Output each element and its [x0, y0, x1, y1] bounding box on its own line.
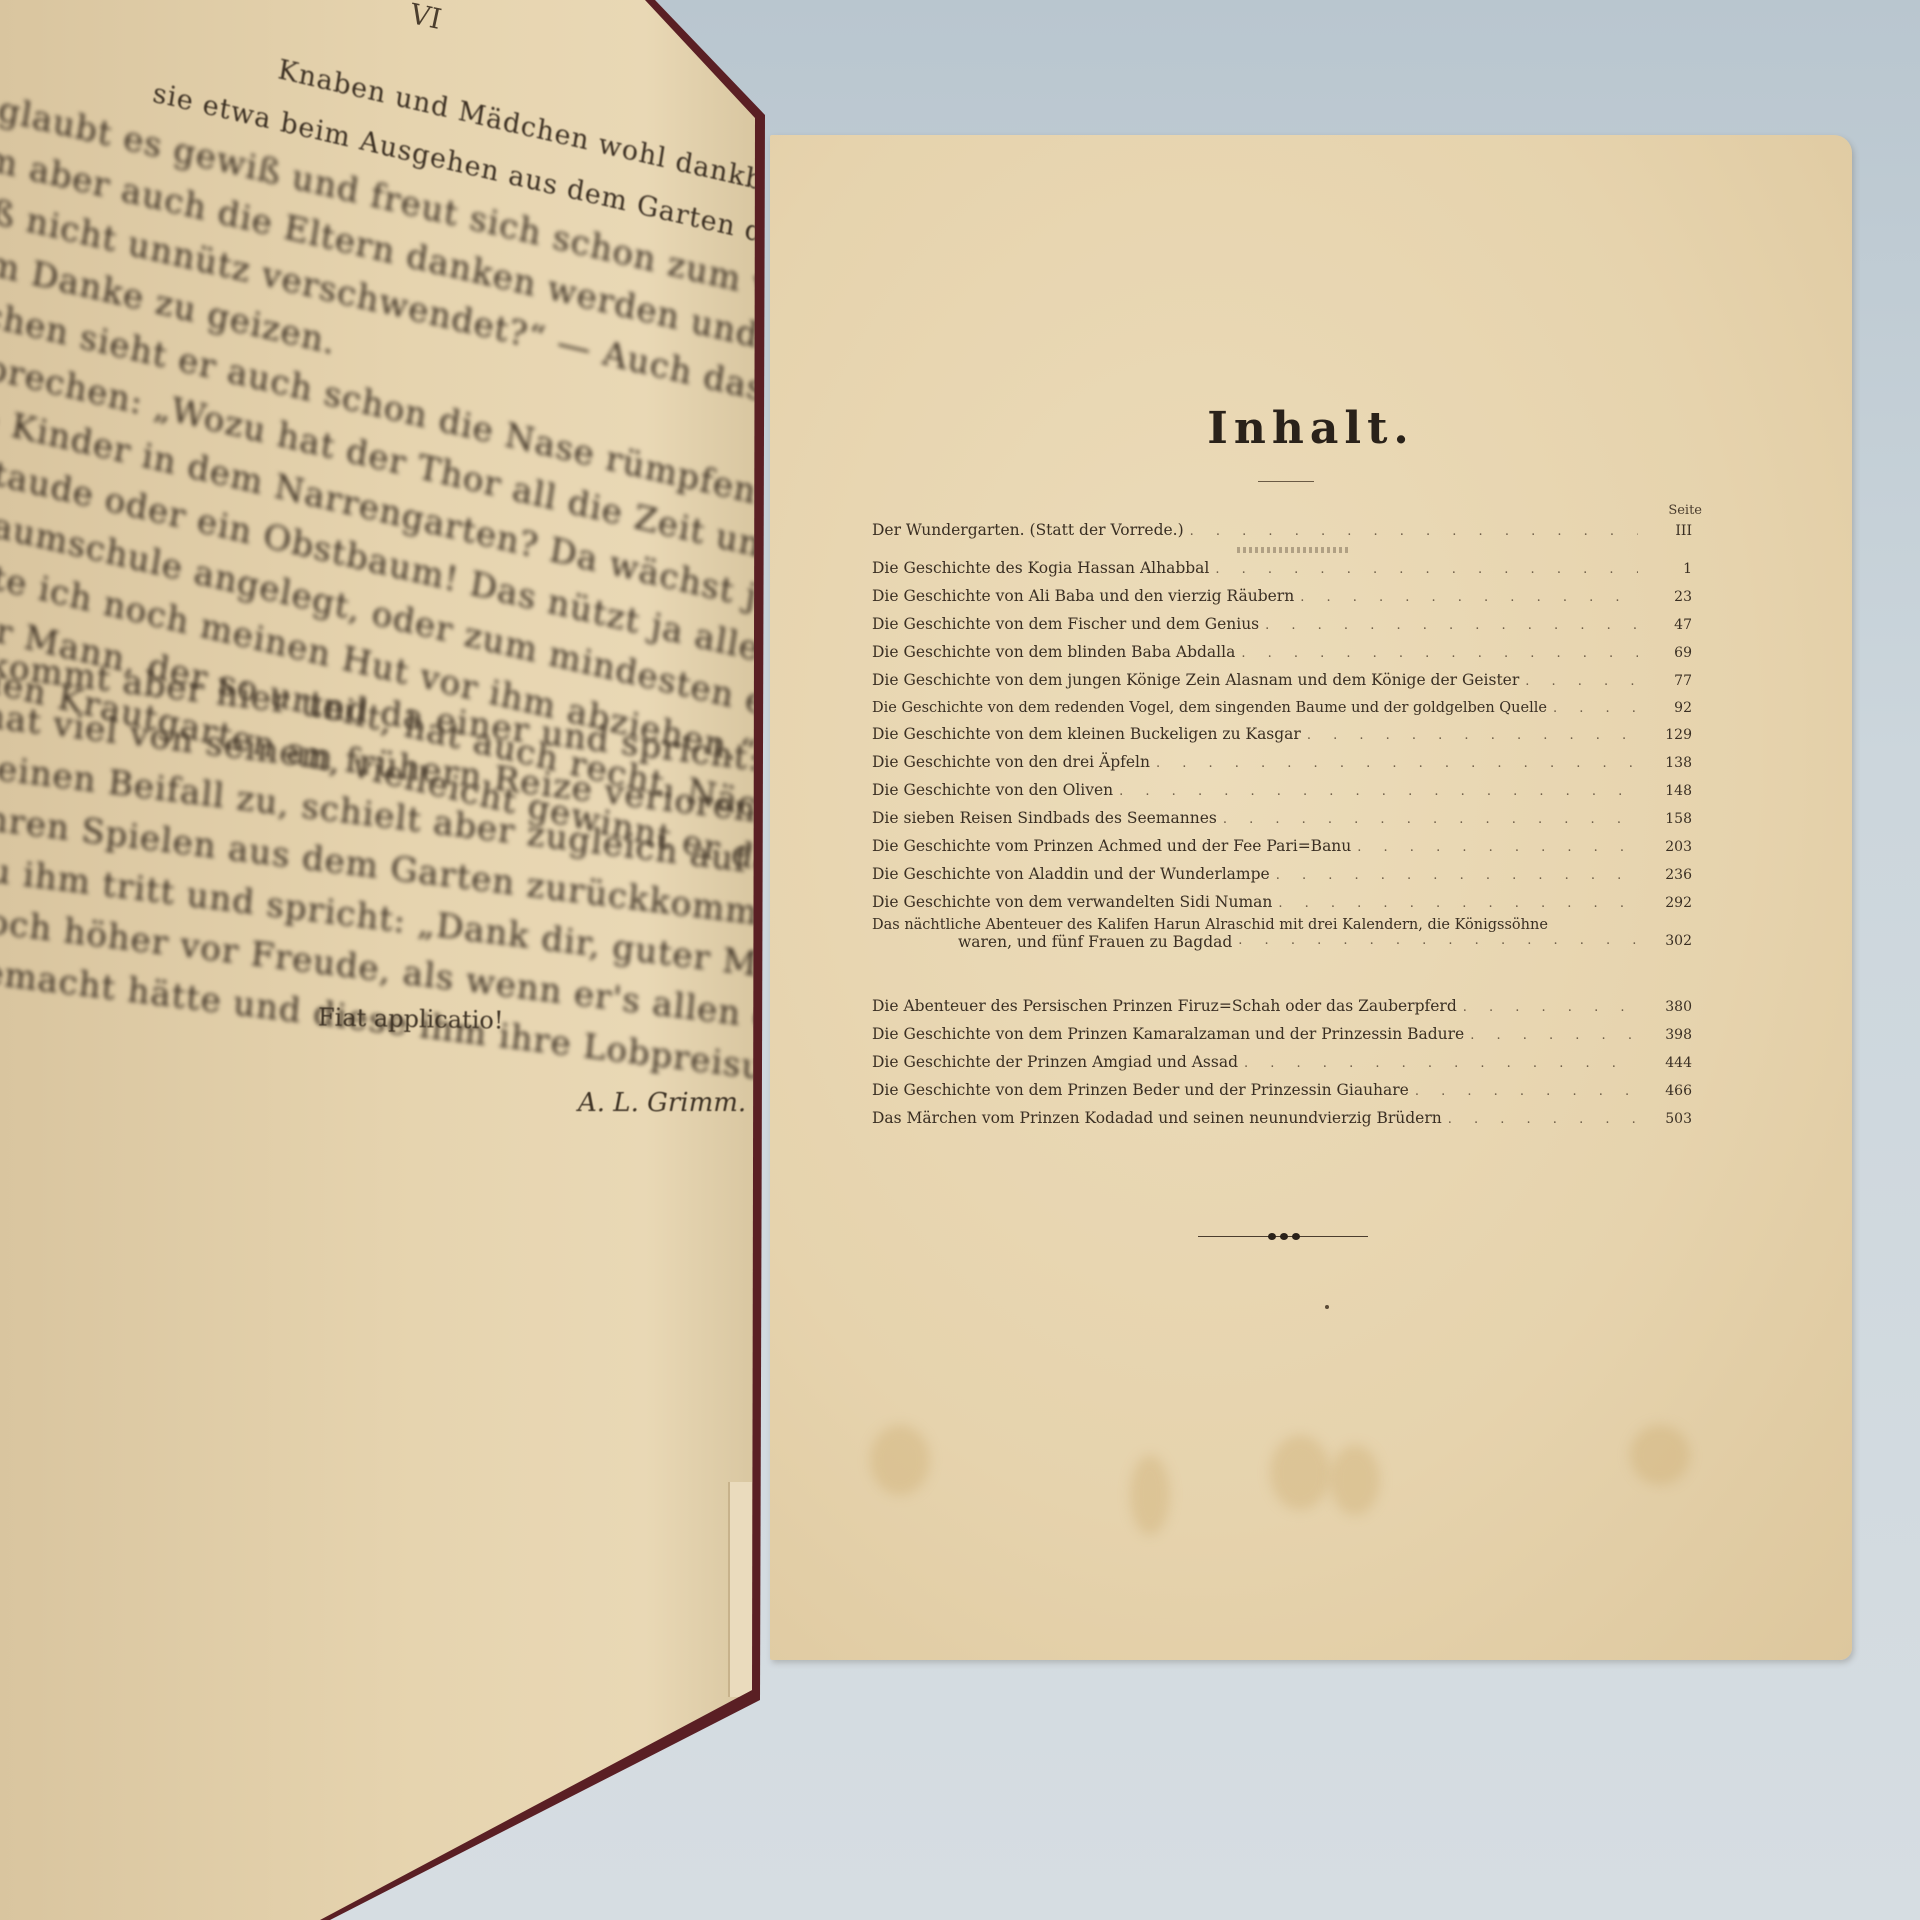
- toc-entry-page: 138: [1644, 755, 1692, 771]
- leader-dots: . . . . . . . . . . . . . . . . . . . . …: [1265, 618, 1638, 633]
- leader-dots: . . . . . . . . . . . . . . . . . . . . …: [1357, 840, 1638, 855]
- toc-entry[interactable]: Die Geschichte von den Oliven . . . . . …: [872, 777, 1692, 799]
- toc-entry-page: 380: [1644, 999, 1692, 1015]
- title-rule: [1258, 481, 1314, 482]
- toc-entry-title: Die Geschichte vom Prinzen Achmed und de…: [872, 837, 1351, 855]
- toc-entry-page: III: [1644, 523, 1692, 539]
- toc-entry-title-cont: waren, und fünf Frauen zu Bagdad: [958, 933, 1232, 951]
- leader-dots: . . . . . . . . . . . . . . . . . . . . …: [1223, 812, 1638, 827]
- toc-entry-page: 503: [1644, 1111, 1692, 1127]
- toc-entry[interactable]: Die Geschichte von dem Prinzen Beder und…: [872, 1077, 1692, 1099]
- right-page: Inhalt. Seite Der Wundergarten. (Statt d…: [770, 135, 1852, 1660]
- toc-entry-page: 398: [1644, 1027, 1692, 1043]
- toc-entry[interactable]: Die Geschichte von dem redenden Vogel, d…: [872, 694, 1692, 716]
- toc-entry-title: Die Geschichte von den drei Äpfeln: [872, 753, 1150, 771]
- toc-entry-title: Die Geschichte von dem redenden Vogel, d…: [872, 700, 1547, 716]
- toc-entry-page: 466: [1644, 1083, 1692, 1099]
- toc-entry-page: 158: [1644, 811, 1692, 827]
- toc-entry-continuation: waren, und fünf Frauen zu Bagdad . . . .…: [872, 933, 1692, 951]
- toc-entry-title: Die Geschichte von den Oliven: [872, 781, 1113, 799]
- toc-entry-page: 203: [1644, 839, 1692, 855]
- toc-entry[interactable]: Der Wundergarten. (Statt der Vorrede.) .…: [872, 517, 1692, 539]
- toc-entry[interactable]: Die Geschichte von dem verwandelten Sidi…: [872, 889, 1692, 911]
- ornament-dot: [1292, 1233, 1300, 1240]
- page-tab-strip: [728, 1482, 752, 1697]
- toc-entry-title: Die Geschichte von Aladdin und der Wunde…: [872, 865, 1270, 883]
- toc-entry-page: 77: [1644, 673, 1692, 689]
- toc-entry-title: Die Geschichte von dem blinden Baba Abda…: [872, 643, 1235, 661]
- toc-entry-title: Das Märchen vom Prinzen Kodadad und sein…: [872, 1109, 1442, 1127]
- leader-dots: . . . . . . . . . . . . . . . . . . . . …: [1215, 562, 1638, 577]
- wavy-rule: [1237, 547, 1349, 553]
- toc-entry-page: 1: [1644, 561, 1692, 577]
- toc-entry[interactable]: Die sieben Reisen Sindbads des Seemannes…: [872, 805, 1692, 827]
- toc-entry-title: Die Geschichte von dem verwandelten Sidi…: [872, 893, 1272, 911]
- leader-dots: . . . . . . . . . . . . . . . . . . . . …: [1244, 1056, 1638, 1071]
- toc-entry[interactable]: Die Geschichte des Kogia Hassan Alhabbal…: [872, 555, 1692, 577]
- foxing-stain: [870, 1425, 930, 1495]
- toc-entry[interactable]: Die Geschichte von dem kleinen Buckelige…: [872, 721, 1692, 743]
- toc-entry-title: Die Geschichte von dem jungen Könige Zei…: [872, 671, 1519, 689]
- toc-entry[interactable]: Die Geschichte der Prinzen Amgiad und As…: [872, 1049, 1692, 1071]
- toc-entry-title: Die sieben Reisen Sindbads des Seemannes: [872, 809, 1217, 827]
- leader-dots: . . . . . . . . . . . . . . . . . . . . …: [1300, 590, 1638, 605]
- motto: Fiat applicatio!: [318, 1003, 504, 1034]
- toc-entry-page: 23: [1644, 589, 1692, 605]
- toc-entry-title: Der Wundergarten. (Statt der Vorrede.): [872, 521, 1184, 539]
- leader-dots: . . . . . . . . . . . . . . . . . . . . …: [1241, 646, 1638, 661]
- foxing-stain: [1270, 1435, 1330, 1510]
- end-ornament: [1198, 1231, 1368, 1243]
- toc-entry[interactable]: Die Geschichte von den drei Äpfeln . . .…: [872, 749, 1692, 771]
- leader-dots: . . . . . . . . . . . . . . . . . . . . …: [1553, 701, 1638, 716]
- leader-dots: . . . . . . . . . . . . . . . . . . . . …: [1276, 868, 1638, 883]
- leader-dots: . . . . . . . . . . . . . . . . . . . . …: [1525, 674, 1638, 689]
- toc-entry-title: Die Geschichte der Prinzen Amgiad und As…: [872, 1053, 1238, 1071]
- leader-dots: . . . . . . . . . . . . . . . . . . . . …: [1190, 524, 1638, 539]
- toc-entry-title: Die Geschichte von dem Fischer und dem G…: [872, 615, 1259, 633]
- toc-entry-page: 292: [1644, 895, 1692, 911]
- toc-entry[interactable]: Die Geschichte von dem Fischer und dem G…: [872, 611, 1692, 633]
- foxing-stain: [1330, 1445, 1380, 1515]
- toc-entry[interactable]: Die Geschichte von dem jungen Könige Zei…: [872, 667, 1692, 689]
- toc-entry-page: 444: [1644, 1055, 1692, 1071]
- page-column-label: Seite: [1668, 503, 1702, 518]
- toc-entry[interactable]: Die Abenteuer des Persischen Prinzen Fir…: [872, 993, 1692, 1015]
- toc-entry-page: 92: [1644, 700, 1692, 716]
- toc-entry-title: Die Geschichte von dem Prinzen Kamaralza…: [872, 1025, 1464, 1043]
- leader-dots: . . . . . . . . . . . . . . . . . . . . …: [1470, 1028, 1638, 1043]
- leader-dots: . . . . . . . . . . . . . . . . . . . . …: [1415, 1084, 1638, 1099]
- toc-entry[interactable]: Die Geschichte vom Prinzen Achmed und de…: [872, 833, 1692, 855]
- toc-entry[interactable]: Das Märchen vom Prinzen Kodadad und sein…: [872, 1105, 1692, 1127]
- left-page: VI Knaben und Mädchen wohl dankbar die k…: [0, 0, 760, 1920]
- author-signature: A. L. Grimm.: [578, 1088, 746, 1118]
- toc-entry[interactable]: Die Geschichte von Ali Baba und den vier…: [872, 583, 1692, 605]
- leader-dots: . . . . . . . . . . . . . . . . . . . . …: [1278, 896, 1638, 911]
- toc-entry[interactable]: Die Geschichte von dem blinden Baba Abda…: [872, 639, 1692, 661]
- toc-entry-title: Das nächtliche Abenteuer des Kalifen Har…: [872, 917, 1692, 933]
- leader-dots: . . . . . . . . . . . . . . . . . . . . …: [1307, 728, 1638, 743]
- page-title: Inhalt.: [770, 403, 1852, 454]
- foxing-stain: [1130, 1455, 1170, 1535]
- toc-entry-page: 236: [1644, 867, 1692, 883]
- paper-speck: [1325, 1305, 1329, 1309]
- toc-entry-page: 148: [1644, 783, 1692, 799]
- toc-entry[interactable]: Die Geschichte von dem Prinzen Kamaralza…: [872, 1021, 1692, 1043]
- toc-entry-page: 129: [1644, 727, 1692, 743]
- ornament-dot: [1280, 1233, 1288, 1240]
- toc-entry-title: Die Abenteuer des Persischen Prinzen Fir…: [872, 997, 1457, 1015]
- toc-entry[interactable]: Das nächtliche Abenteuer des Kalifen Har…: [872, 917, 1692, 965]
- leader-dots: . . . . . . . . . . . . . . . . . . . . …: [1156, 756, 1638, 771]
- leader-dots: . . . . . . . . . . . . . . . . . . . . …: [1238, 933, 1638, 951]
- toc-entry-title: Die Geschichte des Kogia Hassan Alhabbal: [872, 559, 1209, 577]
- ornament-dot: [1268, 1233, 1276, 1240]
- leader-dots: . . . . . . . . . . . . . . . . . . . . …: [1463, 1000, 1638, 1015]
- leader-dots: . . . . . . . . . . . . . . . . . . . . …: [1448, 1112, 1638, 1127]
- foxing-stain: [1630, 1425, 1690, 1485]
- toc-entry-page: 302: [1644, 933, 1692, 951]
- toc-entry-title: Die Geschichte von dem Prinzen Beder und…: [872, 1081, 1409, 1099]
- toc-entry-title: Die Geschichte von dem kleinen Buckelige…: [872, 725, 1301, 743]
- toc-entry-title: Die Geschichte von Ali Baba und den vier…: [872, 587, 1294, 605]
- leader-dots: . . . . . . . . . . . . . . . . . . . . …: [1119, 784, 1638, 799]
- toc-entry-page: 69: [1644, 645, 1692, 661]
- toc-entry-page: 47: [1644, 617, 1692, 633]
- toc-entry[interactable]: Die Geschichte von Aladdin und der Wunde…: [872, 861, 1692, 883]
- left-page-number: VI: [407, 0, 444, 36]
